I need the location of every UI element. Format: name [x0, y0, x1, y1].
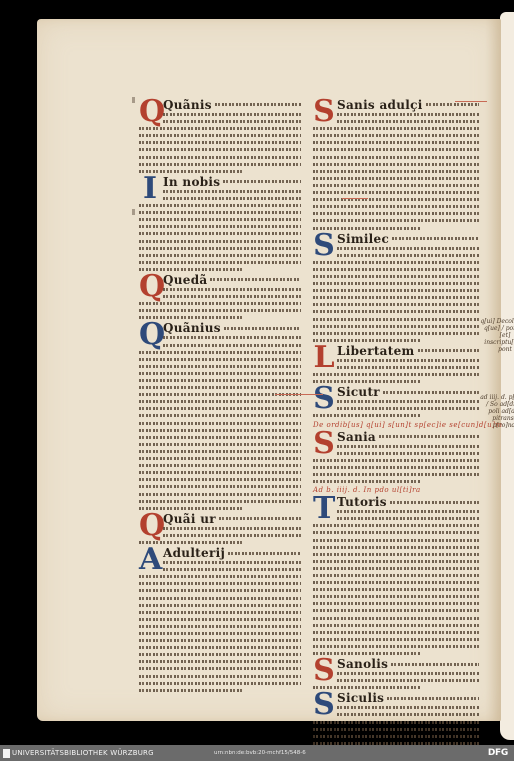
text-line [313, 615, 479, 622]
text-line [139, 623, 301, 630]
text-line [163, 566, 301, 573]
text-line [139, 245, 301, 252]
text-line [337, 398, 479, 405]
text-line [313, 378, 479, 385]
text-line [139, 356, 301, 363]
text-line [139, 370, 301, 377]
text-line [139, 609, 301, 616]
illuminated-initial: L [313, 343, 335, 373]
text-line [163, 334, 301, 341]
text-line [337, 364, 479, 371]
lemma-entry: AAdulterij [139, 547, 301, 694]
text-line [337, 711, 479, 718]
lemma-heading: Siculis [337, 691, 384, 705]
text-line [139, 673, 301, 680]
text-line [139, 469, 301, 476]
text-line [313, 537, 479, 544]
text-line [163, 293, 301, 300]
text-line [139, 441, 301, 448]
text-line [313, 643, 479, 650]
text-line [139, 202, 301, 209]
text-line [163, 286, 301, 293]
text-line [313, 168, 479, 175]
text-line [139, 687, 301, 694]
text-line [163, 342, 301, 349]
illuminated-initial: Q [139, 97, 161, 127]
text-line [313, 684, 479, 691]
text-line [337, 405, 479, 412]
lemma-heading: Quãnis [163, 98, 212, 112]
illuminated-initial: S [313, 231, 335, 261]
illuminated-initial: Q [139, 511, 161, 541]
lemma-entry: SSanis adulçi [313, 99, 479, 232]
lemma-entry: SSicutr [313, 386, 479, 419]
text-line [313, 622, 479, 629]
text-line [313, 593, 479, 600]
text-line [163, 525, 301, 532]
text-line [139, 665, 301, 672]
adjacent-page-edge [500, 12, 514, 740]
text-line [313, 522, 479, 529]
margin-pointer-line [455, 101, 487, 102]
text-line [337, 245, 479, 252]
lemma-heading: Libertatem [337, 344, 415, 358]
image-viewer[interactable]: QQuãnisIIn nobisQQuedãQQuãniusQQuãi urAA… [0, 0, 514, 745]
lemma-heading: Quãnius [163, 321, 221, 335]
lemma-heading: Tutoris [337, 495, 387, 509]
text-line [313, 629, 479, 636]
footer-bar: UNIVERSITÄTSBIBLIOTHEK WÜRZBURG urn:nbn:… [0, 745, 514, 761]
text-line [313, 600, 479, 607]
text-line [313, 733, 479, 740]
text-line [313, 308, 479, 315]
text-line [313, 551, 479, 558]
text-line [337, 450, 479, 457]
lemma-heading: In nobis [163, 175, 220, 189]
lemma-heading: Adulterij [163, 546, 225, 560]
text-line [313, 182, 479, 189]
text-line [337, 252, 479, 259]
text-line [139, 448, 301, 455]
text-line [139, 637, 301, 644]
text-line [139, 168, 301, 175]
text-line [139, 223, 301, 230]
text-line [313, 294, 479, 301]
text-line [313, 189, 479, 196]
urn-identifier[interactable]: urn:nbn:de:bvb:20-mchf15/548-6 [214, 750, 306, 756]
text-line [313, 478, 479, 485]
text-line [223, 178, 301, 185]
illuminated-initial: T [313, 494, 335, 524]
text-line [139, 476, 301, 483]
text-line [313, 132, 479, 139]
text-line [337, 118, 479, 125]
margin-note: ad iiij. d. p[er]ti. / So ad[di]t / poli… [480, 394, 514, 429]
text-line [139, 230, 301, 237]
text-line [163, 532, 301, 539]
text-line [313, 558, 479, 565]
text-line [313, 719, 479, 726]
text-line [313, 337, 479, 344]
text-line [313, 565, 479, 572]
text-line [337, 508, 479, 515]
illuminated-initial: S [313, 429, 335, 459]
right-text-column: SSanis adulçiSSimilecLLibertatemSSicutrD… [313, 99, 479, 761]
illuminated-initial: S [313, 656, 335, 686]
text-line [313, 650, 479, 657]
text-line [139, 644, 301, 651]
text-line [139, 630, 301, 637]
text-line [313, 607, 479, 614]
text-line [313, 471, 479, 478]
text-line [139, 680, 301, 687]
text-line [313, 586, 479, 593]
text-line [139, 491, 301, 498]
lemma-entry: QQuãnius [139, 322, 301, 511]
text-line [139, 209, 301, 216]
text-line [313, 636, 479, 643]
text-line [313, 323, 479, 330]
text-line [139, 125, 301, 132]
text-line [418, 347, 479, 354]
text-line [139, 651, 301, 658]
text-line [139, 658, 301, 665]
text-line [379, 433, 479, 440]
text-line [313, 154, 479, 161]
text-line [337, 515, 479, 522]
manuscript-page: QQuãnisIIn nobisQQuedãQQuãniusQQuãi urAA… [37, 19, 501, 721]
text-line [163, 195, 301, 202]
lemma-entry: SSimilec [313, 233, 479, 344]
lemma-entry: TTutoris [313, 496, 479, 657]
text-line [313, 280, 479, 287]
text-line [313, 196, 479, 203]
text-line [139, 539, 301, 546]
lemma-entry: SSanolis [313, 658, 479, 691]
text-line [163, 559, 301, 566]
text-line [139, 161, 301, 168]
text-line [313, 217, 479, 224]
lemma-heading: Sicutr [337, 385, 380, 399]
text-line [313, 210, 479, 217]
margin-pointer-line [342, 198, 368, 199]
text-line [139, 398, 301, 405]
text-line [139, 462, 301, 469]
text-line [219, 515, 301, 522]
illuminated-initial: A [139, 545, 161, 575]
institution-name: UNIVERSITÄTSBIBLIOTHEK WÜRZBURG [12, 749, 154, 757]
lemma-entry: SSania [313, 431, 479, 486]
dfg-logo[interactable]: DFG [488, 748, 508, 758]
text-line [139, 238, 301, 245]
text-line [139, 412, 301, 419]
text-line [139, 384, 301, 391]
margin-note: q[ui] Decolcadis q[ue] / pon[it] [et] in… [480, 318, 514, 353]
text-line [390, 499, 479, 506]
text-line [139, 580, 301, 587]
text-line [139, 455, 301, 462]
text-line [139, 300, 301, 307]
text-line [313, 371, 479, 378]
margin-pointer-line [275, 394, 323, 395]
text-line [163, 188, 301, 195]
text-line [139, 132, 301, 139]
lemma-entry: LLibertatem [313, 345, 479, 385]
text-line [139, 252, 301, 259]
text-line [337, 357, 479, 364]
lemma-entry: IIn nobis [139, 176, 301, 273]
illuminated-initial: S [313, 384, 335, 414]
text-line [313, 139, 479, 146]
text-line [139, 434, 301, 441]
text-line [313, 579, 479, 586]
text-line [313, 544, 479, 551]
margin-mark [132, 97, 135, 103]
lemma-entry: QQuãnis [139, 99, 301, 175]
lemma-heading: Similec [337, 232, 389, 246]
text-line [139, 216, 301, 223]
illuminated-initial: Q [139, 272, 161, 302]
text-line [139, 259, 301, 266]
text-line [313, 464, 479, 471]
text-line [139, 573, 301, 580]
text-line [163, 111, 301, 118]
text-line [139, 146, 301, 153]
text-line [313, 273, 479, 280]
lemma-heading: Sanolis [337, 657, 388, 671]
text-line [383, 389, 479, 396]
text-line [313, 203, 479, 210]
left-text-column: QQuãnisIIn nobisQQuedãQQuãniusQQuãi urAA… [139, 99, 301, 695]
text-line [313, 287, 479, 294]
text-line [313, 529, 479, 536]
lemma-heading: Sanis adulçi [337, 98, 423, 112]
text-line [163, 118, 301, 125]
text-line [391, 661, 479, 668]
text-line [139, 602, 301, 609]
text-line [228, 550, 301, 557]
lemma-entry: QQuãi ur [139, 513, 301, 546]
text-line [139, 616, 301, 623]
text-line [139, 349, 301, 356]
text-line [139, 427, 301, 434]
text-line [139, 483, 301, 490]
text-line [313, 726, 479, 733]
illuminated-initial: Q [139, 320, 161, 350]
text-line [139, 363, 301, 370]
text-line [313, 175, 479, 182]
text-line [392, 235, 479, 242]
text-line [313, 316, 479, 323]
text-line [313, 146, 479, 153]
illuminated-initial: I [139, 174, 161, 204]
lemma-heading: Quedã [163, 273, 207, 287]
text-line [426, 101, 479, 108]
text-line [139, 405, 301, 412]
text-line [139, 139, 301, 146]
text-line [139, 587, 301, 594]
text-line [139, 307, 301, 314]
text-line [313, 412, 479, 419]
text-line [337, 677, 479, 684]
margin-mark [132, 209, 135, 215]
text-line [313, 125, 479, 132]
text-line [337, 443, 479, 450]
illuminated-initial: S [313, 690, 335, 720]
text-line [215, 101, 301, 108]
text-line [224, 325, 301, 332]
text-line [139, 595, 301, 602]
text-line [139, 420, 301, 427]
lemma-heading: Sania [337, 430, 376, 444]
text-line [313, 161, 479, 168]
text-line [139, 377, 301, 384]
text-line [313, 259, 479, 266]
text-line [337, 670, 479, 677]
text-line [313, 457, 479, 464]
text-line [210, 276, 301, 283]
lemma-heading: Quãi ur [163, 512, 216, 526]
text-line [337, 704, 479, 711]
text-line [139, 498, 301, 505]
institution-logo[interactable]: UNIVERSITÄTSBIBLIOTHEK WÜRZBURG [3, 749, 154, 758]
illuminated-initial: S [313, 97, 335, 127]
text-line [313, 330, 479, 337]
text-line [313, 572, 479, 579]
text-line [139, 154, 301, 161]
text-line [313, 266, 479, 273]
text-line [337, 111, 479, 118]
lemma-entry: QQuedã [139, 274, 301, 321]
library-logo-icon [3, 749, 10, 758]
text-line [313, 225, 479, 232]
text-line [313, 301, 479, 308]
text-line [387, 695, 479, 702]
